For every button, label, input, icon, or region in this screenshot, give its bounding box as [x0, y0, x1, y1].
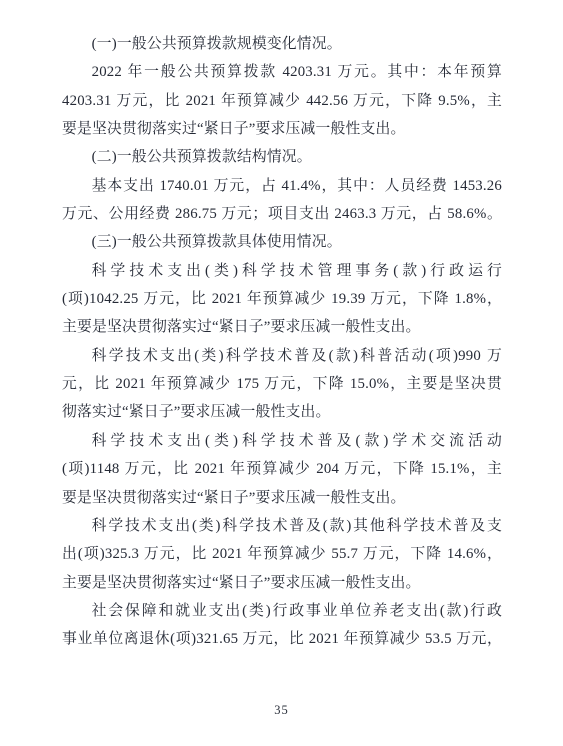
text-line: (一)一般公共预算拨款规模变化情况。 — [62, 30, 502, 58]
text-line: 主要是坚决贯彻落实过“紧日子”要求压减一般性支出。 — [62, 569, 502, 597]
text-line: 科学技术支出(类)科学技术普及(款)科普活动(项)990 万 — [62, 342, 502, 370]
text-line: (项)1042.25 万元，比 2021 年预算减少 19.39 万元，下降 1… — [62, 285, 502, 313]
document-page: (一)一般公共预算拨款规模变化情况。 2022 年一般公共预算拨款 4203.3… — [0, 0, 563, 746]
text-line: 社会保障和就业支出(类)行政事业单位养老支出(款)行政 — [62, 597, 502, 625]
text-line: 主要是坚决贯彻落实过“紧日子”要求压减一般性支出。 — [62, 313, 502, 341]
page-number: 35 — [0, 703, 563, 718]
text-line: 彻落实过“紧日子”要求压减一般性支出。 — [62, 398, 502, 426]
text-line: (三)一般公共预算拨款具体使用情况。 — [62, 228, 502, 256]
text-line: 出(项)325.3 万元，比 2021 年预算减少 55.7 万元，下降 14.… — [62, 540, 502, 568]
text-line: 科学技术支出(类)科学技术管理事务(款)行政运行 — [62, 257, 502, 285]
text-line: 事业单位离退休(项)321.65 万元，比 2021 年预算减少 53.5 万元… — [62, 625, 502, 653]
document-body: (一)一般公共预算拨款规模变化情况。 2022 年一般公共预算拨款 4203.3… — [62, 30, 502, 654]
text-line: 科学技术支出(类)科学技术普及(款)其他科学技术普及支 — [62, 512, 502, 540]
text-line: 万元、公用经费 286.75 万元；项目支出 2463.3 万元，占 58.6%… — [62, 200, 502, 228]
text-line: 2022 年一般公共预算拨款 4203.31 万元。其中：本年预算 — [62, 58, 502, 86]
text-line: (项)1148 万元，比 2021 年预算减少 204 万元，下降 15.1%，… — [62, 455, 502, 483]
text-line: 要是坚决贯彻落实过“紧日子”要求压减一般性支出。 — [62, 484, 502, 512]
text-line: 4203.31 万元，比 2021 年预算减少 442.56 万元，下降 9.5… — [62, 87, 502, 115]
text-line: 基本支出 1740.01 万元，占 41.4%，其中：人员经费 1453.26 — [62, 172, 502, 200]
text-line: 元，比 2021 年预算减少 175 万元，下降 15.0%，主要是坚决贯 — [62, 370, 502, 398]
text-line: 科学技术支出(类)科学技术普及(款)学术交流活动 — [62, 427, 502, 455]
text-line: 要是坚决贯彻落实过“紧日子”要求压减一般性支出。 — [62, 115, 502, 143]
text-line: (二)一般公共预算拨款结构情况。 — [62, 143, 502, 171]
